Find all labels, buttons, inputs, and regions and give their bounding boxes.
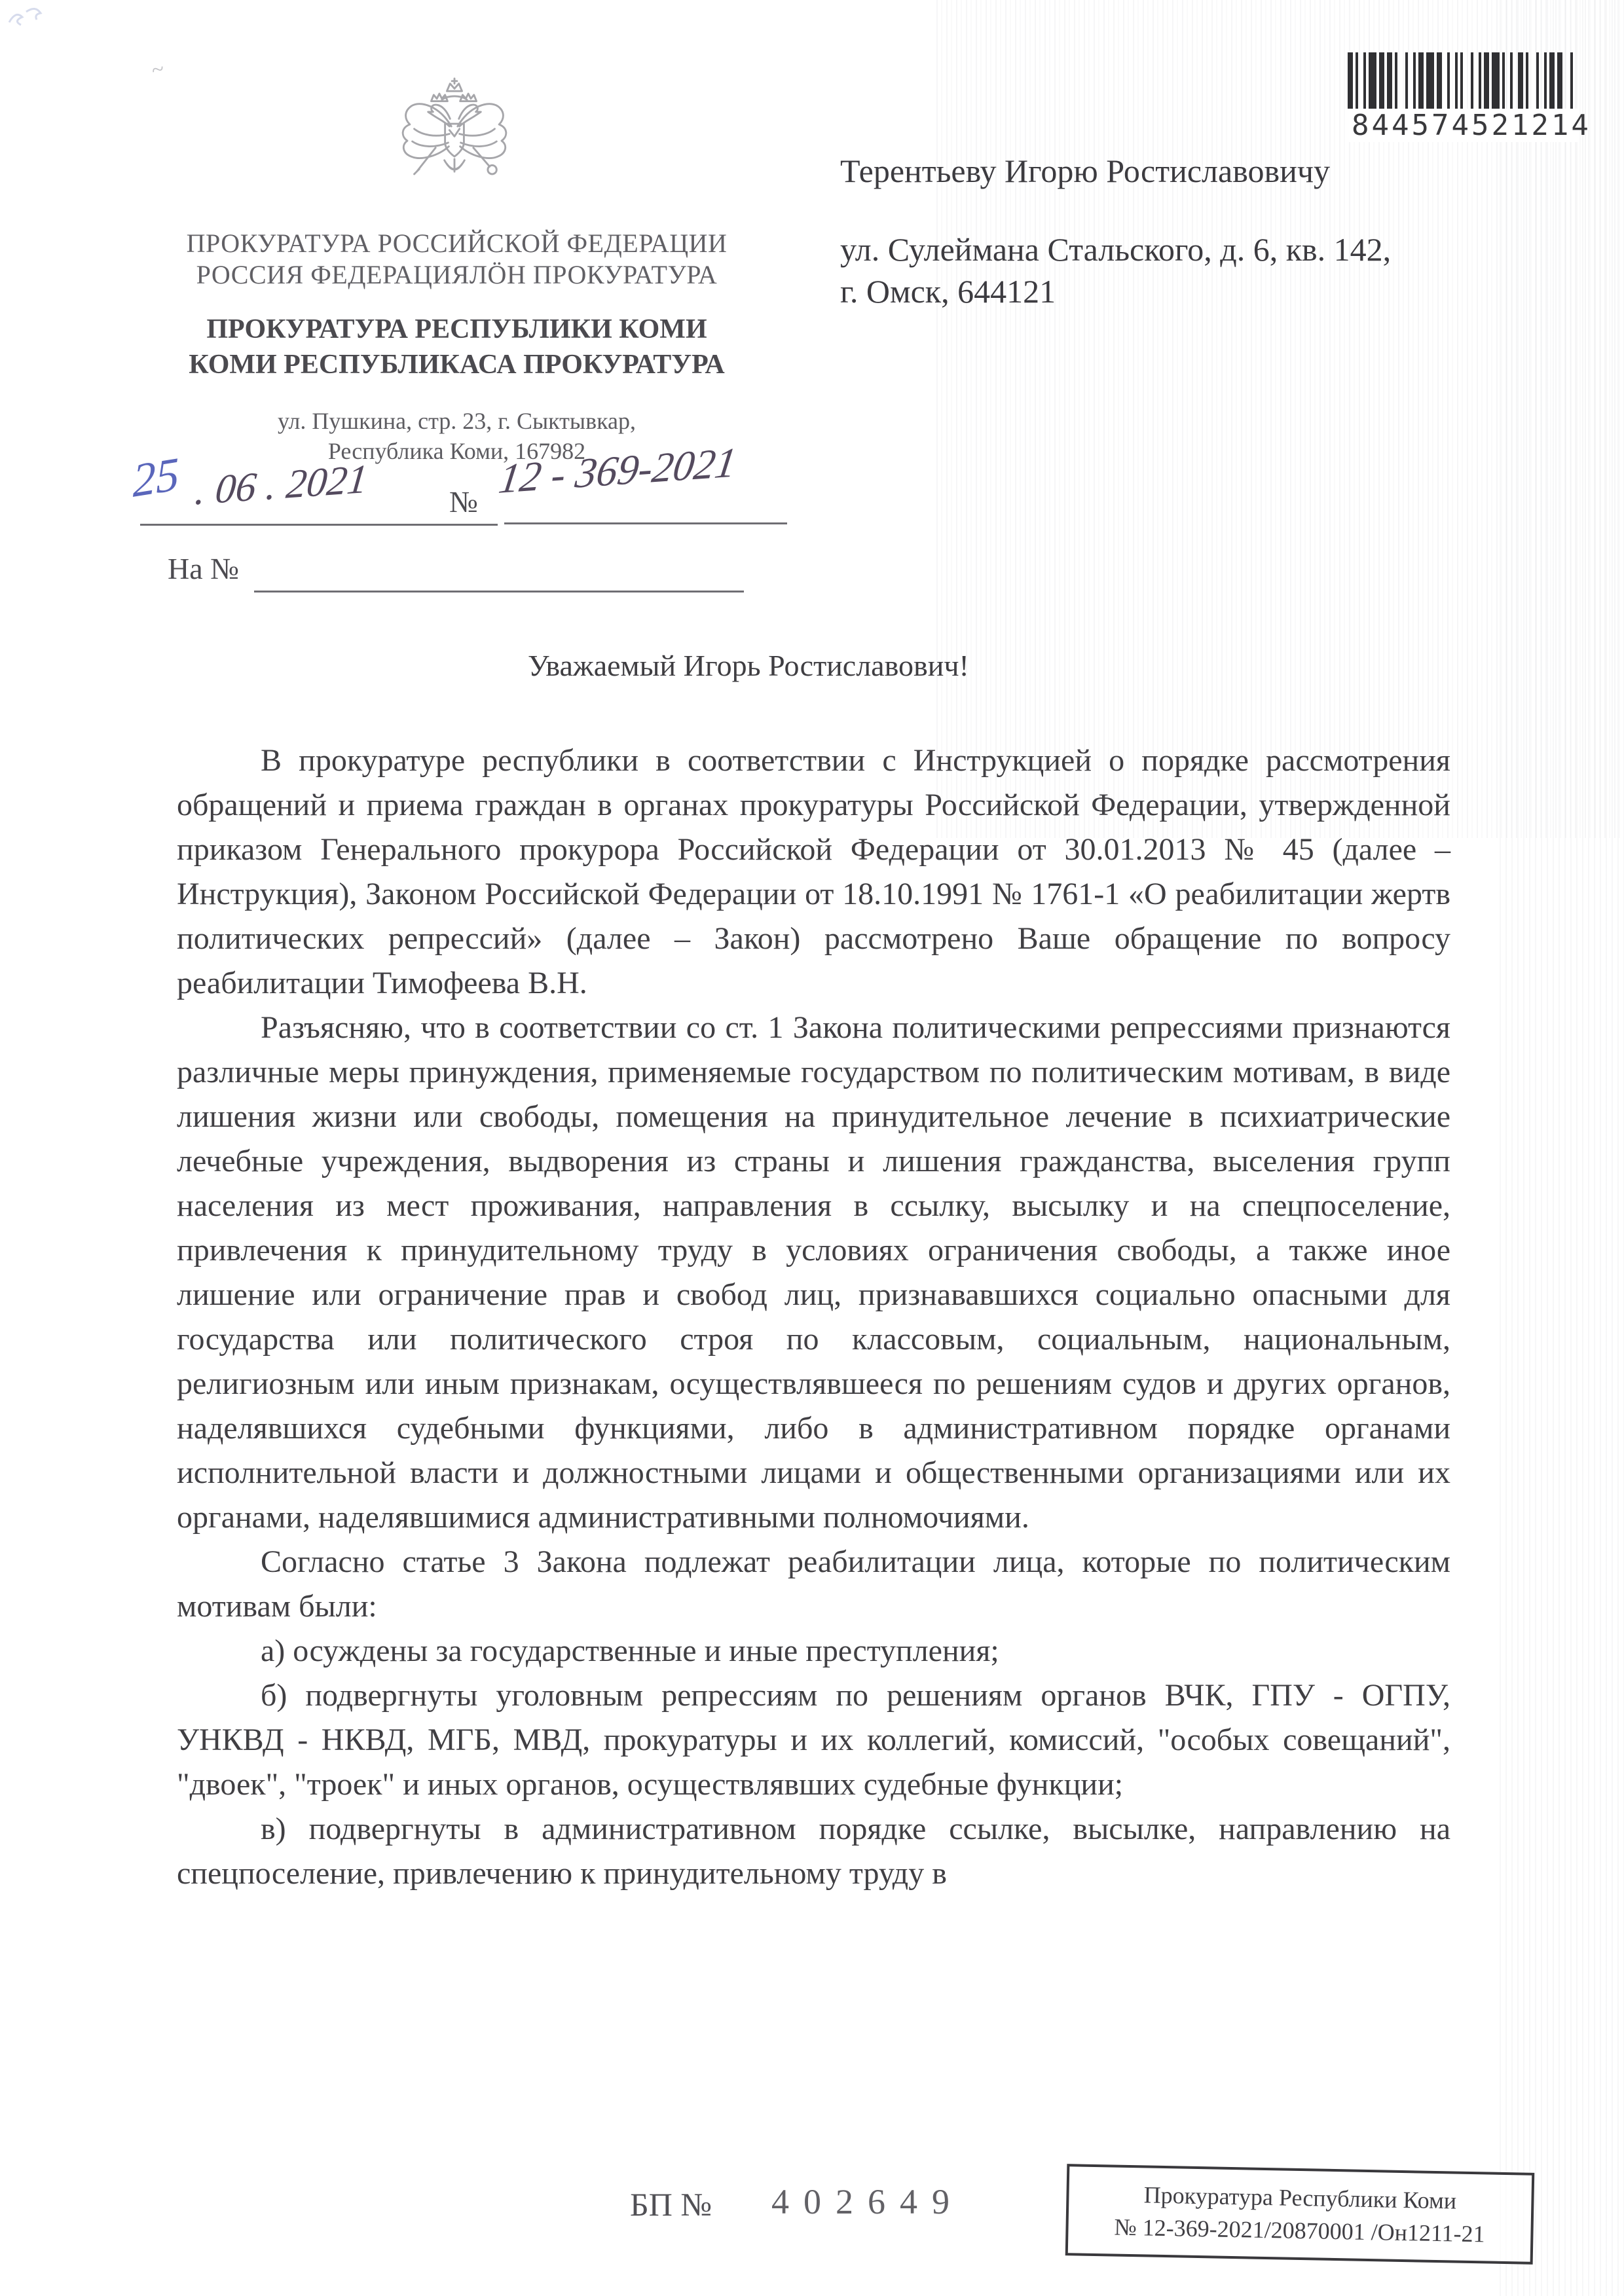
form-serial-number: 402649 xyxy=(771,2181,964,2222)
org-address-line1: ул. Пушкина, стр. 23, г. Сыктывкар, xyxy=(151,406,763,436)
number-sign-label: № xyxy=(449,484,478,519)
body-paragraph: В прокуратуре республики в соответствии … xyxy=(177,738,1450,1006)
smudge-artifact: ~ xyxy=(149,57,166,84)
na-no-underline xyxy=(254,591,744,592)
date-underline xyxy=(140,524,498,526)
stamp-org-name: Прокуратура Республики Коми xyxy=(1143,2178,1456,2217)
letter-body: В прокуратуре республики в соответствии … xyxy=(177,738,1450,1896)
recipient-block: Терентьеву Игорю Ростиславовичу ул. Суле… xyxy=(840,152,1574,310)
org-subname-komi: КОМИ РЕСПУБЛИКАСА ПРОКУРАТУРА xyxy=(151,348,763,381)
barcode-digits: 844574 521214 xyxy=(1348,109,1578,142)
body-paragraph: в) подвергнуты в административном порядк… xyxy=(177,1807,1450,1896)
handwritten-day: 25 xyxy=(132,446,180,509)
body-paragraph: а) осуждены за государственные и иные пр… xyxy=(177,1629,1450,1673)
barcode-digits-right: 521214 xyxy=(1471,109,1591,142)
salutation: Уважаемый Игорь Ростиславович! xyxy=(528,648,969,683)
scan-streaks-artifact xyxy=(1500,0,1624,2296)
org-name-russian: ПРОКУРАТУРА РОССИЙСКОЙ ФЕДЕРАЦИИ xyxy=(151,228,763,259)
russia-coat-of-arms-icon xyxy=(392,69,517,213)
org-subname-russian: ПРОКУРАТУРА РЕСПУБЛИКИ КОМИ xyxy=(151,313,763,346)
body-paragraph: Согласно статье 3 Закона подлежат реабил… xyxy=(177,1540,1450,1629)
na-no-label: На № xyxy=(168,551,239,586)
recipient-name: Терентьеву Игорю Ростиславовичу xyxy=(840,152,1574,190)
barcode: 844574 521214 xyxy=(1348,52,1578,142)
pen-scribble-artifact xyxy=(4,3,69,55)
body-paragraph: Разъясняю, что в соответствии со ст. 1 З… xyxy=(177,1006,1450,1540)
number-underline xyxy=(504,522,787,524)
recipient-address-line2: г. Омск, 644121 xyxy=(840,272,1574,310)
registration-stamp: Прокуратура Республики Коми № 12-369-202… xyxy=(1065,2164,1535,2265)
body-paragraph: б) подвергнуты уголовным репрессиям по р… xyxy=(177,1673,1450,1807)
scanned-letter-page: ~ xyxy=(0,0,1624,2296)
letterhead: ПРОКУРАТУРА РОССИЙСКОЙ ФЕДЕРАЦИИ РОССИЯ … xyxy=(151,228,763,466)
stamp-ref-number: № 12-369-2021/20870001 /Он1211-21 xyxy=(1114,2211,1485,2251)
recipient-address-line1: ул. Сулеймана Стальского, д. 6, кв. 142, xyxy=(840,230,1574,268)
barcode-digits-left: 844574 xyxy=(1352,109,1471,142)
org-name-komi: РОССИЯ ФЕДЕРАЦИЯЛÖН ПРОКУРАТУРА xyxy=(151,259,763,291)
form-series-label: БП № xyxy=(630,2185,712,2223)
